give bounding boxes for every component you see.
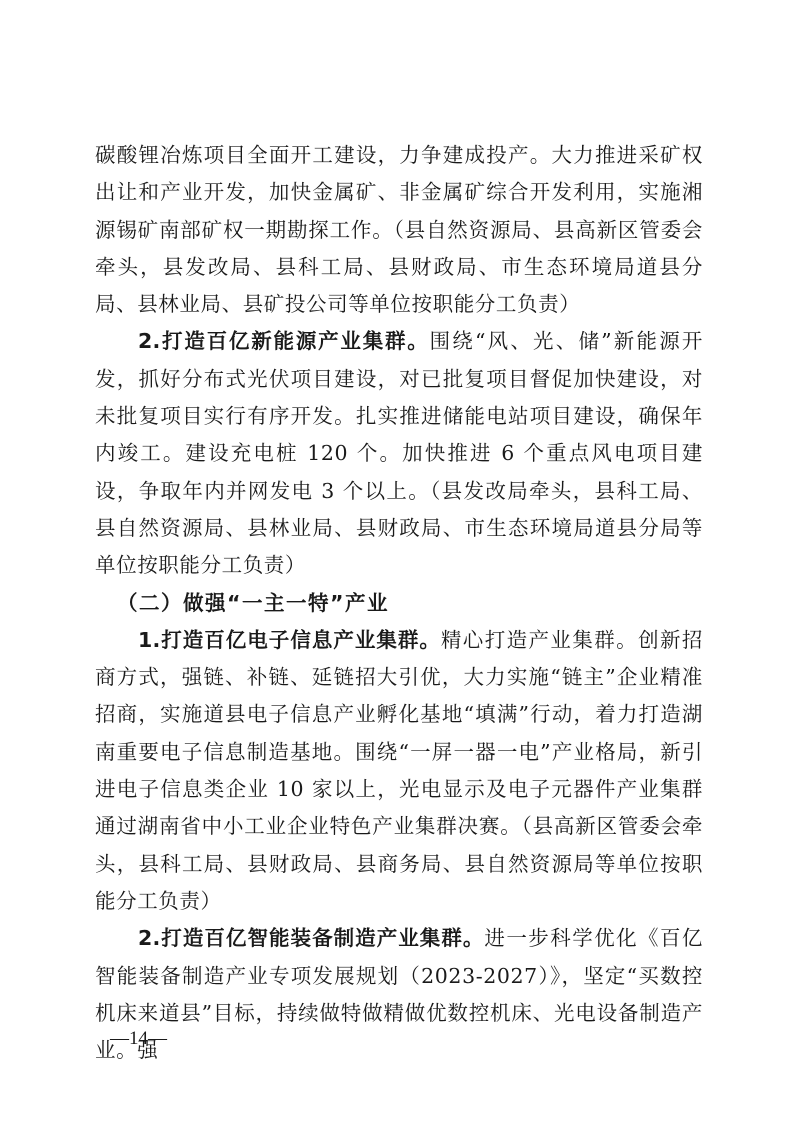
paragraph-electronic-info-cluster: 1.打造百亿电子信息产业集群。精心打造产业集群。创新招商方式，强链、补链、延链招… xyxy=(95,622,703,920)
paragraph-text: 围绕“风、光、储”新能源开发，抓好分布式光伏项目建设，对已批复项目督促加快建设，… xyxy=(95,329,703,577)
section-heading: （二）做强“一主一特”产业 xyxy=(95,585,703,622)
page-number: —14— xyxy=(110,1028,167,1050)
paragraph-lead-title: 2.打造百亿新能源产业集群。 xyxy=(138,329,430,353)
paragraph-text: 精心打造产业集群。创新招商方式，强链、补链、延链招大引优，大力实施“链主”企业精… xyxy=(95,628,703,913)
paragraph-lead-title: 2.打造百亿智能装备制造产业集群。 xyxy=(138,926,484,950)
paragraph-new-energy-cluster: 2.打造百亿新能源产业集群。围绕“风、光、储”新能源开发，抓好分布式光伏项目建设… xyxy=(95,323,703,584)
paragraph-text: 碳酸锂冶炼项目全面开工建设，力争建成投产。大力推进采矿权出让和产业开发，加快金属… xyxy=(95,143,703,316)
paragraph-lead-title: 1.打造百亿电子信息产业集群。 xyxy=(138,628,441,652)
paragraph-mining-continuation: 碳酸锂冶炼项目全面开工建设，力争建成投产。大力推进采矿权出让和产业开发，加快金属… xyxy=(95,137,703,323)
paragraph-smart-equipment-cluster: 2.打造百亿智能装备制造产业集群。进一步科学优化《百亿智能装备制造产业专项发展规… xyxy=(95,920,703,1069)
document-page: 碳酸锂冶炼项目全面开工建设，力争建成投产。大力推进采矿权出让和产业开发，加快金属… xyxy=(95,137,703,1069)
